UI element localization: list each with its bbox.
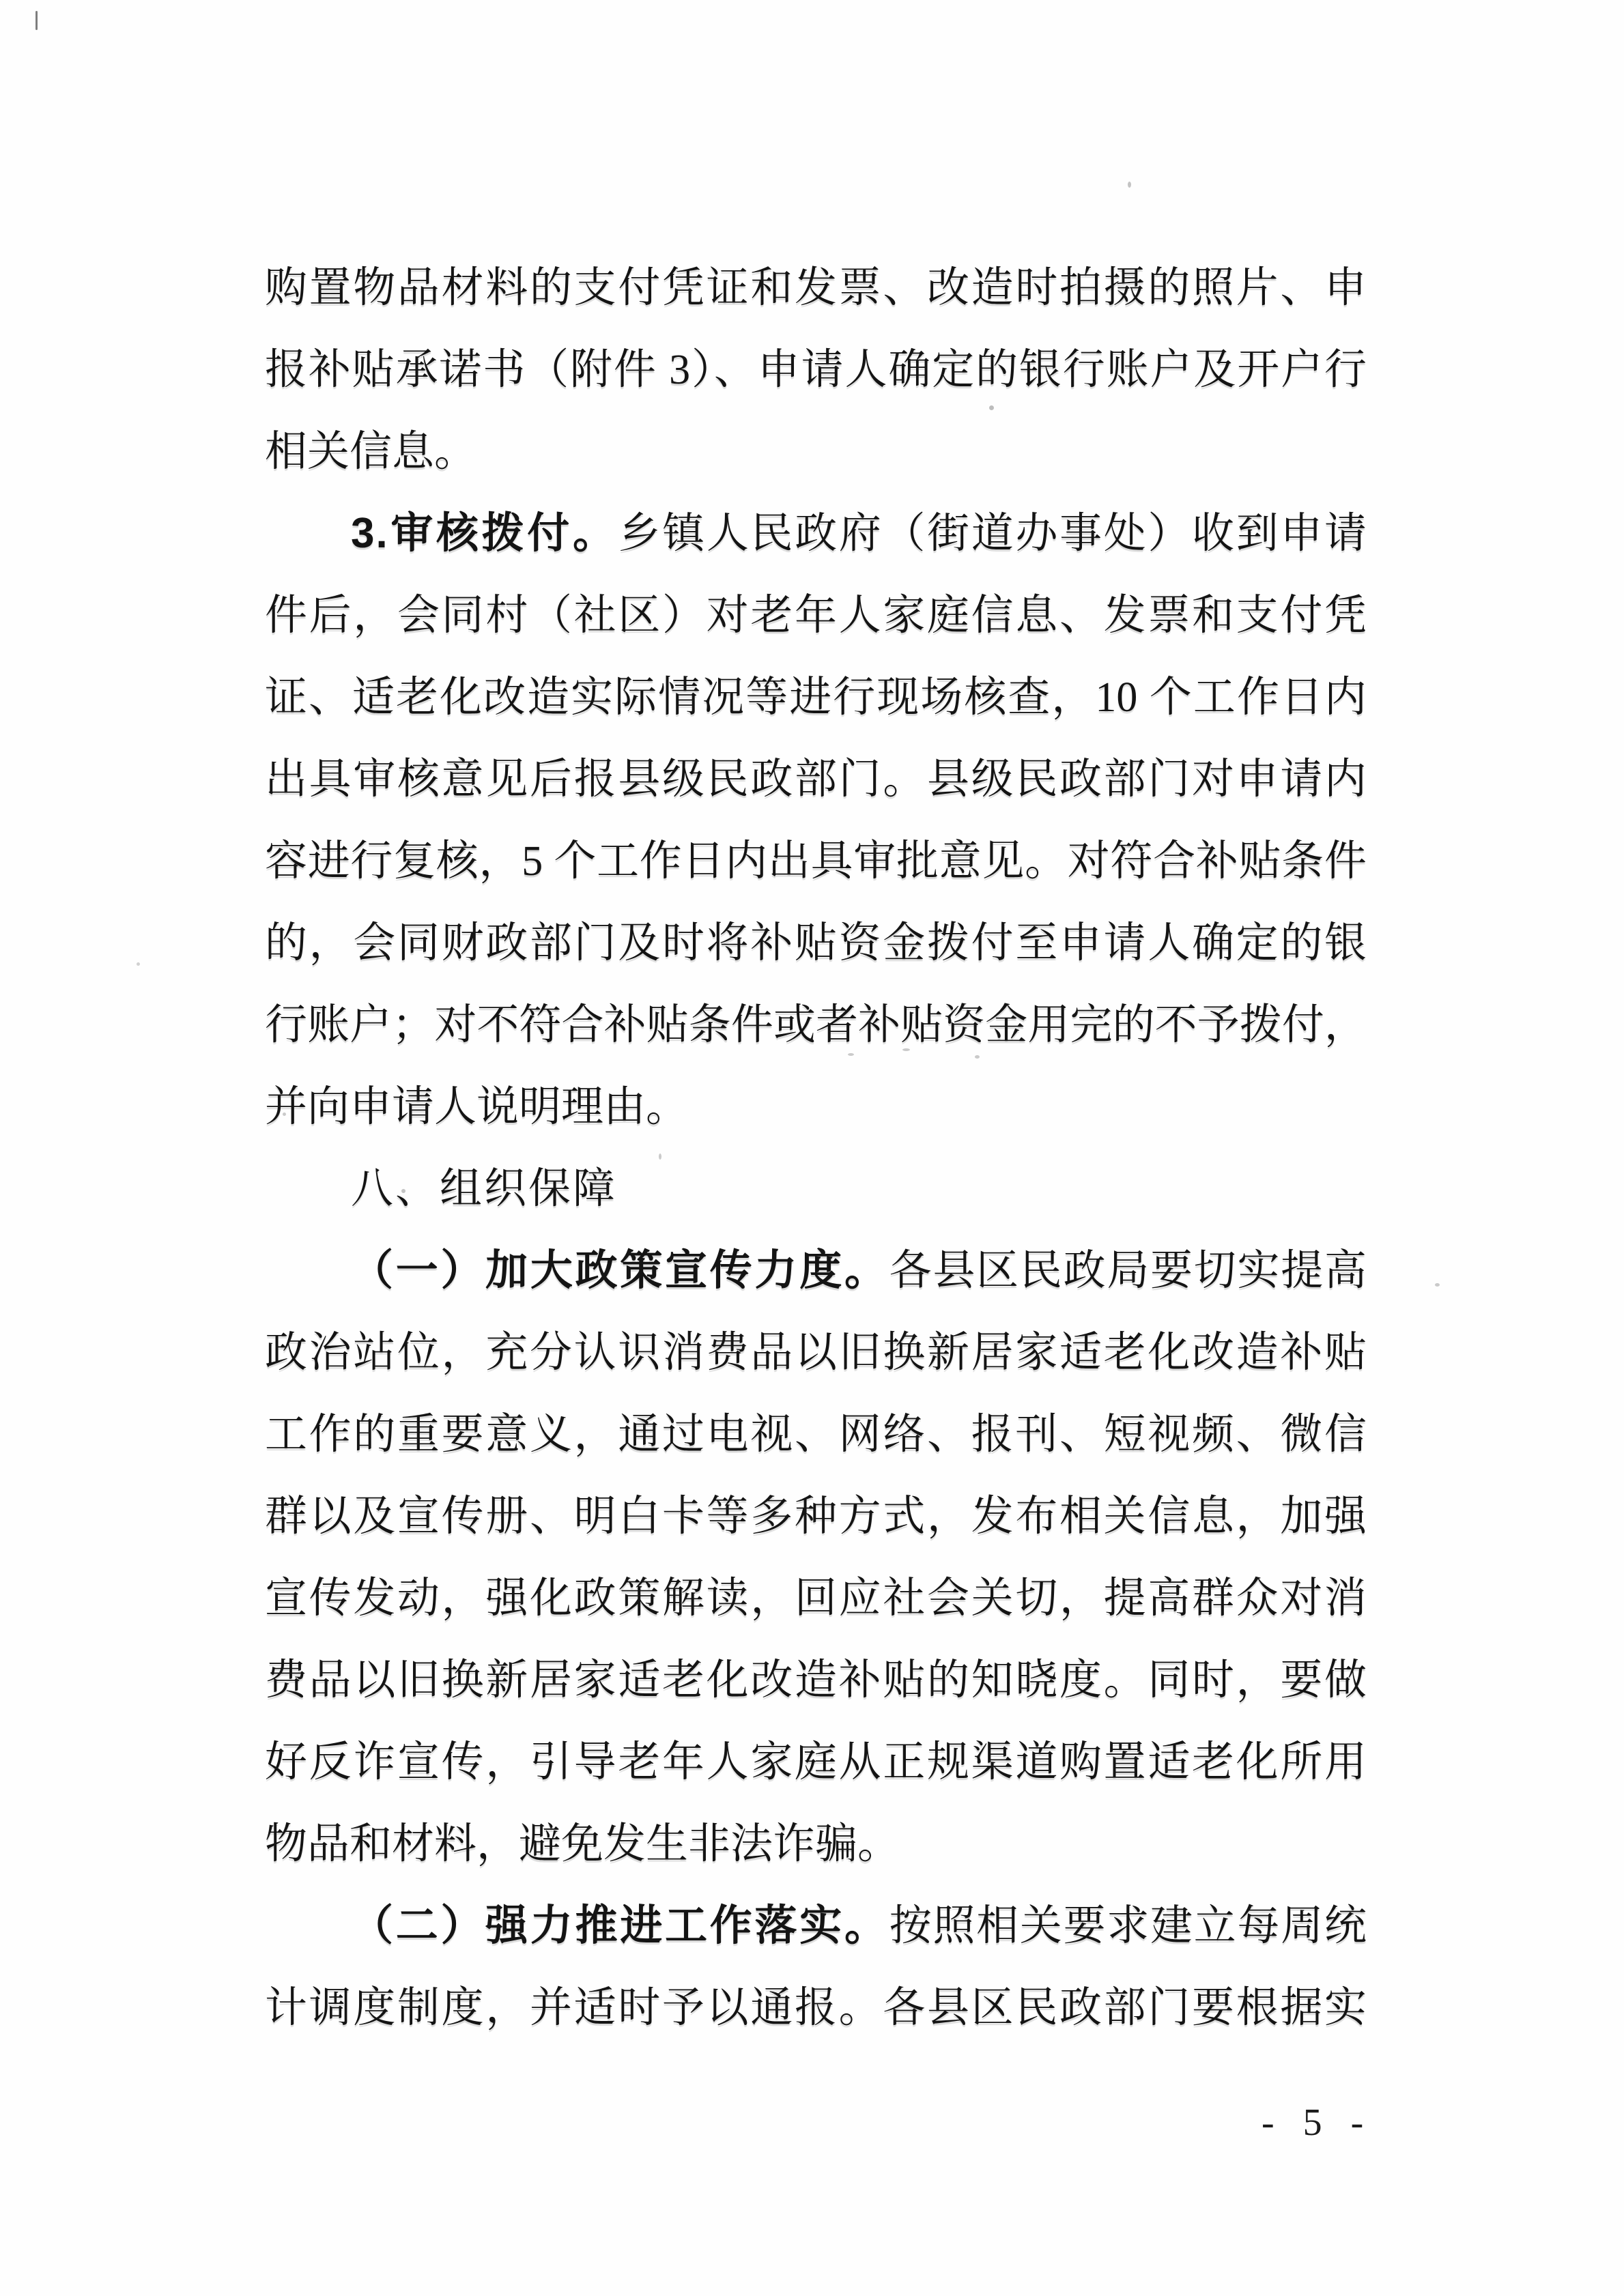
text-line: 容进行复核，5 个工作日内出具审批意见。对符合补贴条件 [265, 820, 1367, 902]
document-page: 购置物品材料的支付凭证和发票、改造时拍摄的照片、申 报补贴承诺书（附件 3）、申… [0, 0, 1624, 2296]
text-line: 工作的重要意义，通过电视、网络、报刊、短视频、微信 [265, 1394, 1367, 1476]
scan-speck [975, 1055, 980, 1059]
text-line: 购置物品材料的支付凭证和发票、改造时拍摄的照片、申 [265, 247, 1367, 329]
scan-speck [1128, 182, 1131, 188]
text-line: 费品以旧换新居家适老化改造补贴的知晓度。同时，要做 [265, 1639, 1367, 1721]
text-line: 行账户；对不符合补贴条件或者补贴资金用完的不予拨付， [265, 984, 1367, 1066]
text-line: 政治站位，充分认识消费品以旧换新居家适老化改造补贴 [265, 1312, 1367, 1394]
scan-speck [283, 1113, 286, 1116]
scan-speck [848, 1053, 854, 1056]
scan-speck [989, 405, 994, 410]
line-text: 按照相关要求建立每周统 [889, 1903, 1367, 1949]
scan-speck [659, 1153, 661, 1160]
scan-speck [401, 1189, 405, 1193]
text-line: （二）强力推进工作落实。按照相关要求建立每周统 [265, 1885, 1367, 1967]
scan-speck [137, 962, 140, 966]
text-line: 计调度制度，并适时予以通报。各县区民政部门要根据实 [265, 1967, 1367, 2049]
bold-lead: （一）加大政策宣传力度。 [351, 1247, 889, 1294]
text-line: 相关信息。 [265, 411, 1367, 493]
text-line: 证、适老化改造实际情况等进行现场核查，10 个工作日内 [265, 657, 1367, 738]
page-number: - 5 - [1262, 2101, 1373, 2144]
scan-speck [1435, 1283, 1440, 1287]
text-line: 3.审核拨付。乡镇人民政府（街道办事处）收到申请 [265, 493, 1367, 575]
line-text: 乡镇人民政府（街道办事处）收到申请 [618, 511, 1367, 557]
text-line: 件后，会同村（社区）对老年人家庭信息、发票和支付凭 [265, 575, 1367, 657]
document-body: 购置物品材料的支付凭证和发票、改造时拍摄的照片、申 报补贴承诺书（附件 3）、申… [265, 247, 1367, 2049]
text-line: 出具审核意见后报县级民政部门。县级民政部门对申请内 [265, 738, 1367, 820]
bold-lead: 3.审核拨付。 [351, 510, 618, 557]
scan-tick-mark [35, 11, 38, 30]
text-line: 并向申请人说明理由。 [265, 1066, 1367, 1148]
text-line: 好反诈宣传，引导老年人家庭从正规渠道购置适老化所用 [265, 1721, 1367, 1803]
text-line: 群以及宣传册、明白卡等多种方式，发布相关信息，加强 [265, 1476, 1367, 1558]
bold-lead: （二）强力推进工作落实。 [351, 1902, 889, 1949]
text-line: 宣传发动，强化政策解读，回应社会关切，提高群众对消 [265, 1558, 1367, 1639]
text-line: 的，会同财政部门及时将补贴资金拨付至申请人确定的银 [265, 902, 1367, 984]
text-line: （一）加大政策宣传力度。各县区民政局要切实提高 [265, 1230, 1367, 1312]
scan-speck [902, 1048, 910, 1051]
text-line: 物品和材料，避免发生非法诈骗。 [265, 1803, 1367, 1885]
section-heading: 八、组织保障 [265, 1148, 1367, 1230]
line-text: 各县区民政局要切实提高 [889, 1248, 1367, 1294]
text-line: 报补贴承诺书（附件 3）、申请人确定的银行账户及开户行 [265, 329, 1367, 411]
